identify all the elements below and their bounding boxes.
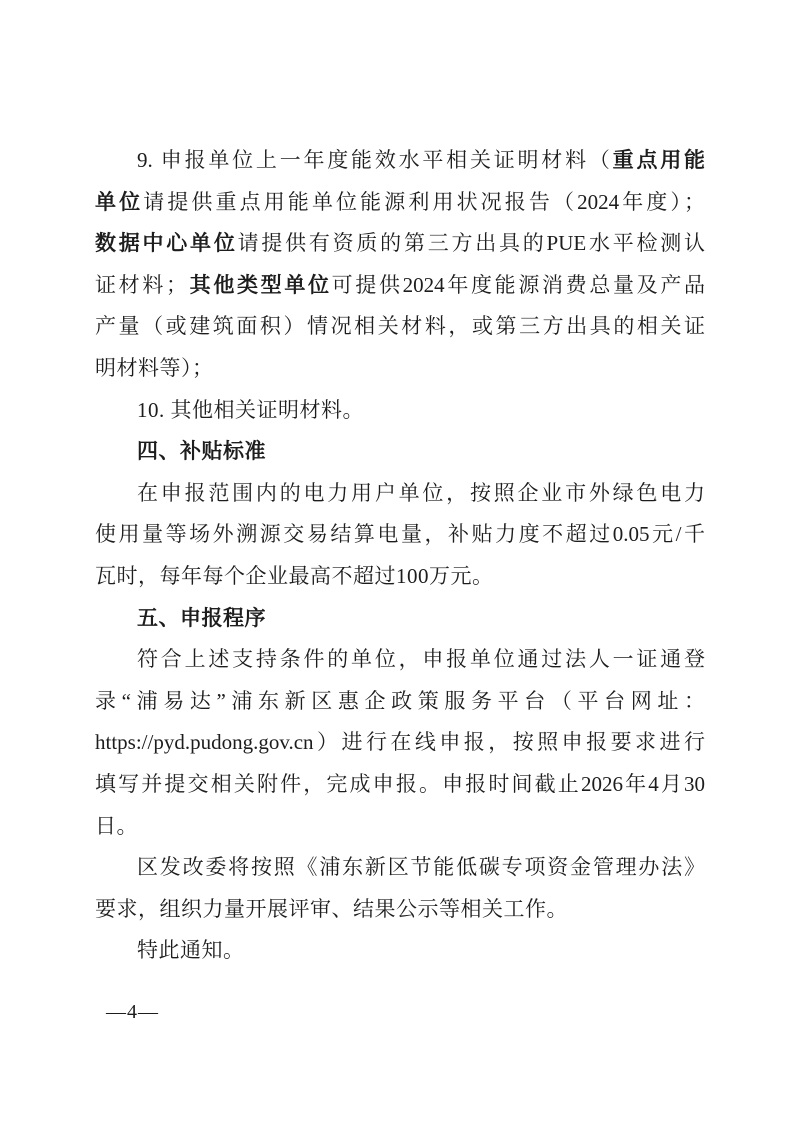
text-run: 日。 [95, 814, 138, 838]
text-run: 瓦时，每年每个企业最高不超过100万元。 [95, 564, 494, 588]
text-run: 明材料等）； [95, 356, 214, 380]
text-run: 要求，组织力量开展评审、结果公示等相关工作。 [95, 897, 568, 921]
text-run: 证材料； [95, 273, 187, 297]
text-run: 请提供有资质的第三方出具的PUE水平检测认 [238, 231, 705, 255]
text-line: 单位请提供重点用能单位能源利用状况报告（2024年度）； [95, 182, 705, 224]
document-body: 9. 申报单位上一年度能效水平相关证明材料（重点用能 单位请提供重点用能单位能源… [95, 140, 705, 972]
text-run: 使用量等场外溯源交易结算电量，补贴力度不超过0.05元/千 [95, 522, 705, 546]
text-line: 区发改委将按照《浦东新区节能低碳专项资金管理办法》 [95, 847, 705, 889]
text-run: 在申报范围内的电力用户单位，按照企业市外绿色电力 [137, 481, 705, 505]
bold-text-run: 数据中心单位 [95, 232, 238, 255]
text-line: 使用量等场外溯源交易结算电量，补贴力度不超过0.05元/千 [95, 514, 705, 556]
text-run: 区发改委将按照《浦东新区节能低碳专项资金管理办法》 [137, 855, 705, 879]
section-heading-subsidy-standard: 四、补贴标准 [95, 431, 705, 473]
text-line: 录“浦易达”浦东新区惠企政策服务平台（平台网址： [95, 681, 705, 723]
page-number: —4— [106, 1000, 159, 1024]
text-line: 瓦时，每年每个企业最高不超过100万元。 [95, 556, 705, 598]
text-line: 证材料；其他类型单位可提供2024年度能源消费总量及产品 [95, 265, 705, 307]
text-line: 特此通知。 [95, 930, 705, 972]
heading-text: 四、补贴标准 [137, 440, 266, 463]
bold-text-run: 重点用能 [613, 149, 705, 172]
document-page: 9. 申报单位上一年度能效水平相关证明材料（重点用能 单位请提供重点用能单位能源… [0, 0, 794, 1123]
text-line: 在申报范围内的电力用户单位，按照企业市外绿色电力 [95, 473, 705, 515]
bold-text-run: 其他类型单位 [187, 274, 332, 297]
text-run: 10. 其他相关证明材料。 [137, 398, 364, 422]
text-line: 9. 申报单位上一年度能效水平相关证明材料（重点用能 [95, 140, 705, 182]
text-run: 9. 申报单位上一年度能效水平相关证明材料（ [137, 148, 613, 172]
text-line: https://pyd.pudong.gov.cn）进行在线申报，按照申报要求进… [95, 722, 705, 764]
text-line: 要求，组织力量开展评审、结果公示等相关工作。 [95, 889, 705, 931]
text-line: 符合上述支持条件的单位，申报单位通过法人一证通登 [95, 639, 705, 681]
text-line: 明材料等）； [95, 348, 705, 390]
text-run: 录“浦易达”浦东新区惠企政策服务平台（平台网址： [95, 689, 705, 713]
heading-text: 五、申报程序 [137, 607, 266, 630]
text-line: 填写并提交相关附件，完成申报。申报时间截止2026年4月30 [95, 764, 705, 806]
text-run: 特此通知。 [137, 938, 245, 962]
text-run: 请提供重点用能单位能源利用状况报告（2024年度）； [143, 190, 705, 214]
text-run: 符合上述支持条件的单位，申报单位通过法人一证通登 [137, 647, 705, 671]
text-line: 10. 其他相关证明材料。 [95, 390, 705, 432]
bold-text-run: 单位 [95, 191, 143, 214]
text-run: 填写并提交相关附件，完成申报。申报时间截止2026年4月30 [95, 772, 705, 796]
section-heading-application-procedure: 五、申报程序 [95, 598, 705, 640]
text-line: 产量（或建筑面积）情况相关材料，或第三方出具的相关证 [95, 306, 705, 348]
text-run: 产量（或建筑面积）情况相关材料，或第三方出具的相关证 [95, 314, 705, 338]
text-run: 可提供2024年度能源消费总量及产品 [332, 273, 705, 297]
platform-url-text: https://pyd.pudong.gov.cn）进行在线申报，按照申报要求进… [95, 730, 705, 754]
text-line: 数据中心单位请提供有资质的第三方出具的PUE水平检测认 [95, 223, 705, 265]
text-line: 日。 [95, 806, 705, 848]
